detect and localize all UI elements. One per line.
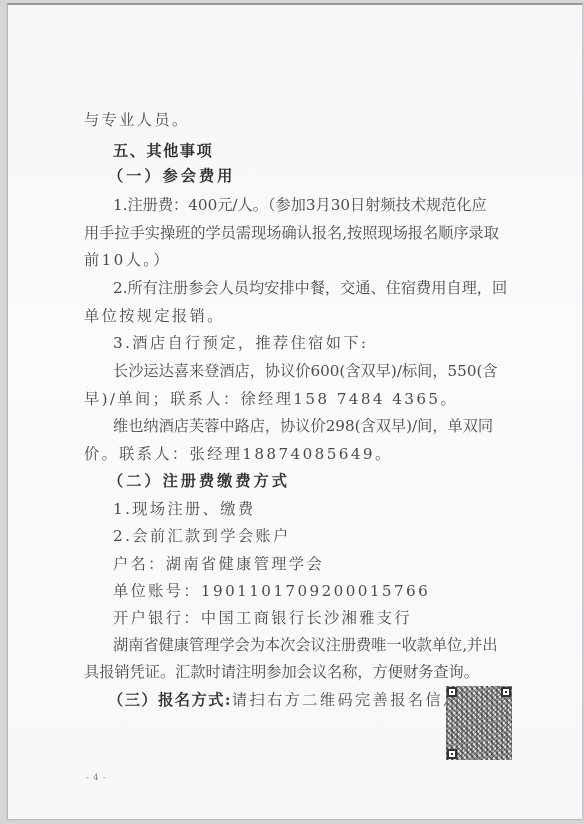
fee-item-2-line-2: 单位按规定报销。	[84, 306, 225, 326]
subsection-heading-fees: （一）参会费用	[108, 166, 235, 186]
registration-method: （三）报名方式:请扫右方二维码完善报名信息。	[108, 690, 478, 710]
registration-qr-code[interactable]	[446, 686, 512, 760]
payment-item-1: 1.现场注册、缴费	[113, 499, 255, 519]
fee-item-3-line-1: 3.酒店自行预定，推荐住宿如下:	[113, 333, 368, 353]
payment-item-2: 2.会前汇款到学会账户	[113, 526, 291, 546]
paragraph-continuation: 与专业人员。	[84, 110, 190, 130]
payment-note-line-1: 湖南省健康管理学会为本次会议注册费唯一收款单位,并出	[113, 635, 465, 655]
section-heading-other-matters: 五、其他事项	[113, 141, 213, 161]
fee-item-1-line-3: 前10人。）	[84, 250, 171, 270]
subsection-heading-payment: （二）注册费缴费方式	[108, 471, 290, 491]
fee-item-2-line-1: 2.所有注册参会人员均安排中餐，交通、住宿费用自理，回	[113, 278, 465, 298]
hotel-1-line-1: 长沙运达喜来登酒店，协议价600(含双早)/标间，550(含	[113, 361, 465, 381]
hotel-1-line-2: 早)/单间；联系人：徐经理158 7484 4365。	[84, 389, 458, 409]
fee-item-1-line-1: 1.注册费：400元/人。（参加3月30日射频技术规范化应	[113, 195, 465, 215]
qr-finder-pattern	[447, 749, 457, 759]
qr-finder-pattern	[501, 687, 511, 697]
bank-name: 开户银行：中国工商银行长沙湘雅支行	[113, 608, 412, 628]
payment-note-line-2: 具报销凭证。汇款时请注明参加会议名称，方便财务查询。	[84, 662, 441, 682]
account-name: 户名：湖南省健康管理学会	[113, 554, 324, 574]
page-number: - 4 -	[86, 773, 107, 782]
registration-method-text: 请扫右方二维码完善报名信息。	[232, 691, 478, 709]
fee-item-1-line-2: 用手拉手实操班的学员需现场确认报名,按照现场报名顺序录取	[84, 223, 461, 243]
account-number: 单位账号：1901101709200015766	[113, 581, 430, 601]
hotel-2-line-1: 维也纳酒店芙蓉中路店，协议价298(含双早)/间，单双同	[113, 416, 465, 436]
document-page: 与专业人员。 五、其他事项 （一）参会费用 1.注册费：400元/人。（参加3月…	[7, 3, 583, 819]
hotel-2-line-2: 价。联系人：张经理18874085649。	[84, 444, 393, 464]
qr-finder-pattern	[447, 687, 457, 697]
registration-method-label: （三）报名方式:	[108, 691, 232, 709]
